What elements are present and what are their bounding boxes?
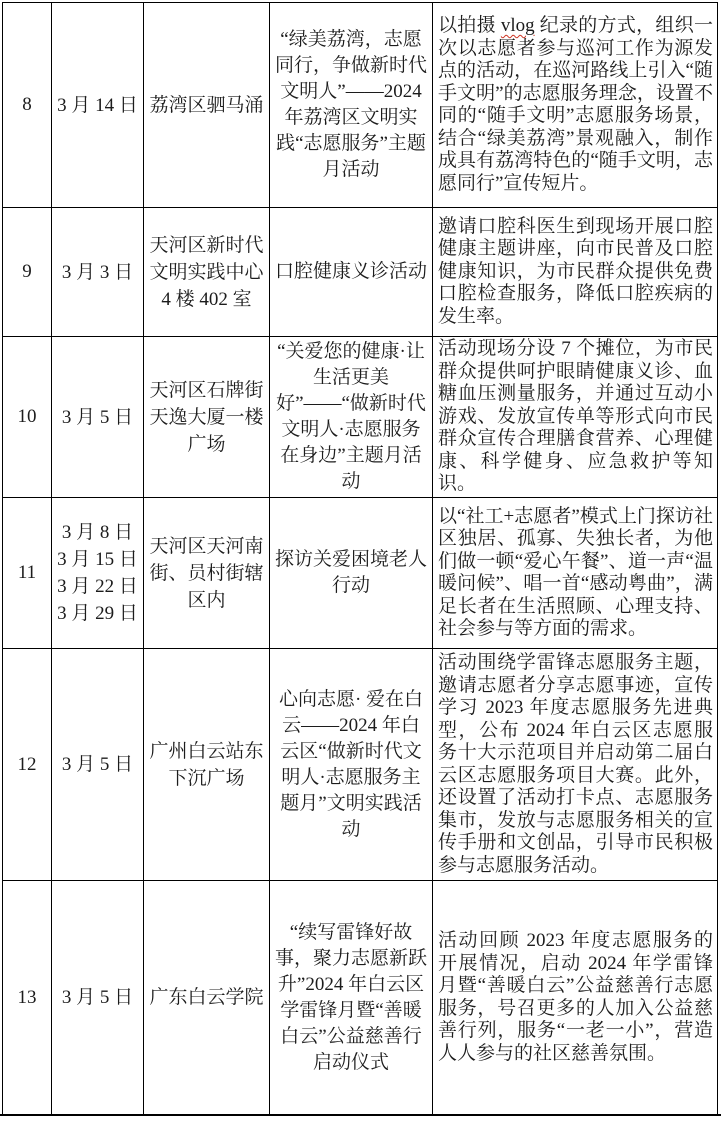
- volunteer-activity-table: 8 3 月 14 日 荔湾区驷马涌 “绿美荔湾，志愿同行，争做新时代文明人”——…: [2, 2, 718, 1115]
- date-line: 3 月 5 日: [54, 751, 141, 778]
- description-cell: 以“社工+志愿者”模式上门探访社区独居、孤寡、失独长者，为他们做一顿“爱心午餐”…: [433, 498, 718, 649]
- row-number-cell: 13: [3, 881, 52, 1115]
- activity-name-cell: 口腔健康义诊活动: [270, 208, 433, 337]
- table-row: 13 3 月 5 日 广东白云学院 “续写雷锋好故事，聚力志愿新跃升”2024 …: [3, 881, 718, 1115]
- date-cell: 3 月 5 日: [52, 881, 144, 1115]
- date-line: 3 月 14 日: [54, 92, 141, 119]
- page-bottom-border: [0, 1114, 721, 1116]
- date-cell: 3 月 14 日: [52, 3, 144, 208]
- row-number-cell: 9: [3, 208, 52, 337]
- activity-name-cell: 探访关爱困境老人行动: [270, 498, 433, 649]
- row-number-cell: 10: [3, 337, 52, 498]
- activity-name-cell: “续写雷锋好故事，聚力志愿新跃升”2024 年白云区学雷锋月暨“善暖白云”公益慈…: [270, 881, 433, 1115]
- spellcheck-underlined-word: vlog: [501, 15, 535, 36]
- table-row: 11 3 月 8 日 3 月 15 日 3 月 22 日 3 月 29 日 天河…: [3, 498, 718, 649]
- table-row: 8 3 月 14 日 荔湾区驷马涌 “绿美荔湾，志愿同行，争做新时代文明人”——…: [3, 3, 718, 208]
- date-cell: 3 月 5 日: [52, 649, 144, 881]
- table-row: 12 3 月 5 日 广州白云站东下沉广场 心向志愿· 爱在白云——2024 年…: [3, 649, 718, 881]
- date-line: 3 月 15 日: [54, 546, 141, 573]
- description-cell: 活动回顾 2023 年度志愿服务的开展情况，启动 2024 年学雷锋月暨“善暖白…: [433, 881, 718, 1115]
- description-cell: 邀请口腔科医生到现场开展口腔健康主题讲座，向市民普及口腔健康知识，为市民群众提供…: [433, 208, 718, 337]
- description-cell: 活动围绕学雷锋志愿服务主题，邀请志愿者分享志愿事迹，宣传学习 2023 年度志愿…: [433, 649, 718, 881]
- location-cell: 天河区石牌街天逸大厦一楼广场: [144, 337, 270, 498]
- location-cell: 天河区天河南街、员村街辖区内: [144, 498, 270, 649]
- location-cell: 广州白云站东下沉广场: [144, 649, 270, 881]
- date-line: 3 月 22 日: [54, 573, 141, 600]
- table-row: 9 3 月 3 日 天河区新时代文明实践中心 4 楼 402 室 口腔健康义诊活…: [3, 208, 718, 337]
- location-cell: 天河区新时代文明实践中心 4 楼 402 室: [144, 208, 270, 337]
- date-cell: 3 月 8 日 3 月 15 日 3 月 22 日 3 月 29 日: [52, 498, 144, 649]
- activity-name-cell: “关爱您的健康·让生活更美好”——“做新时代文明人·志愿服务在身边”主题月活动: [270, 337, 433, 498]
- date-line: 3 月 5 日: [54, 984, 141, 1011]
- row-number-cell: 8: [3, 3, 52, 208]
- location-cell: 荔湾区驷马涌: [144, 3, 270, 208]
- activity-name-cell: 心向志愿· 爱在白云——2024 年白云区“做新时代文明人·志愿服务主题月”文明…: [270, 649, 433, 881]
- date-line: 3 月 8 日: [54, 519, 141, 546]
- table-row: 10 3 月 5 日 天河区石牌街天逸大厦一楼广场 “关爱您的健康·让生活更美好…: [3, 337, 718, 498]
- date-line: 3 月 3 日: [54, 259, 141, 286]
- date-cell: 3 月 5 日: [52, 337, 144, 498]
- row-number-cell: 12: [3, 649, 52, 881]
- description-cell: 活动现场分设 7 个摊位，为市民群众提供呵护眼睛健康义诊、血糖血压测量服务，并通…: [433, 337, 718, 498]
- row-number-cell: 11: [3, 498, 52, 649]
- description-text: 纪录的方式，组织一次以志愿者参与巡河工作为源发点的活动，在巡河路线上引入“随手文…: [438, 15, 713, 194]
- date-line: 3 月 5 日: [54, 404, 141, 431]
- location-cell: 广东白云学院: [144, 881, 270, 1115]
- description-text: 以拍摄: [438, 15, 501, 36]
- activity-name-cell: “绿美荔湾，志愿同行，争做新时代文明人”——2024 年荔湾区文明实践“志愿服务…: [270, 3, 433, 208]
- date-line: 3 月 29 日: [54, 600, 141, 627]
- document-page: 8 3 月 14 日 荔湾区驷马涌 “绿美荔湾，志愿同行，争做新时代文明人”——…: [0, 0, 721, 1116]
- description-cell: 以拍摄 vlog 纪录的方式，组织一次以志愿者参与巡河工作为源发点的活动，在巡河…: [433, 3, 718, 208]
- date-cell: 3 月 3 日: [52, 208, 144, 337]
